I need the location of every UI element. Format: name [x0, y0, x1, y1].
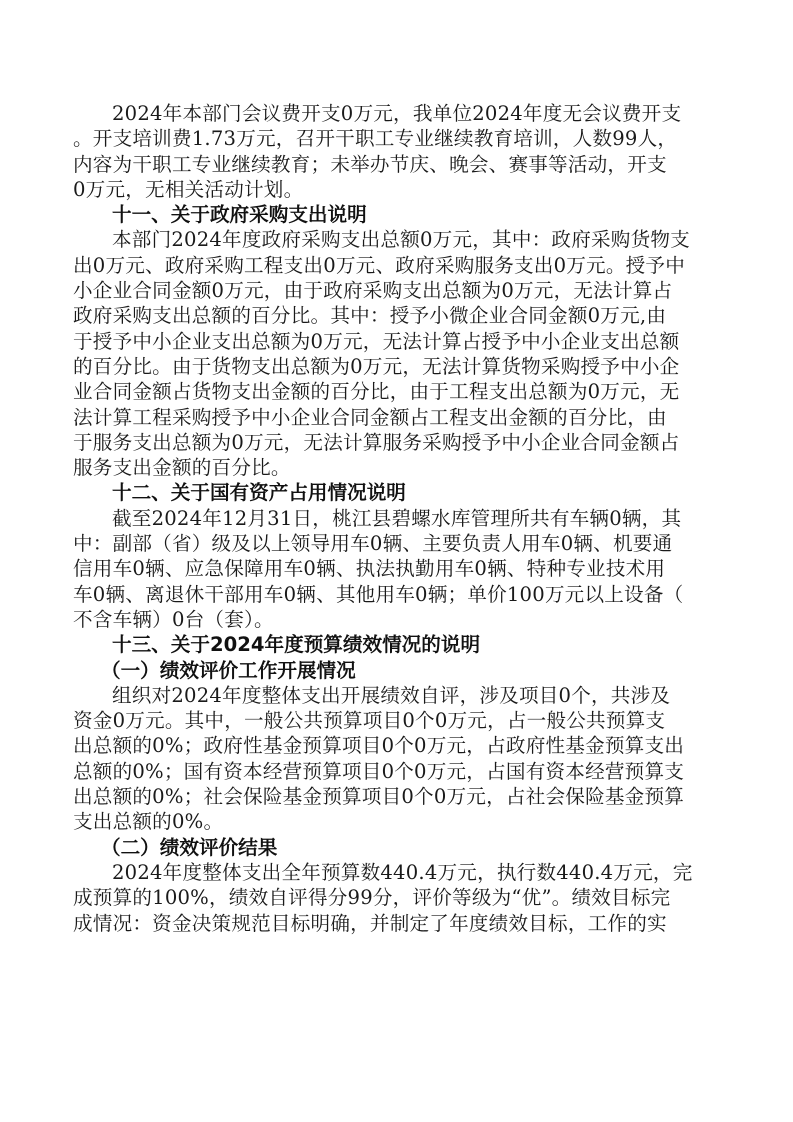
text-line: 资金0万元。其中，一般公共预算项目0个0万元，占一般公共预算支 [73, 708, 718, 733]
subsection-heading-evaluation-work: （一）绩效评价工作开展情况 [73, 658, 718, 683]
text-line: 于服务支出总额为0万元，无法计算服务采购授予中小企业合同金额占 [73, 430, 718, 455]
text-line: 截至2024年12月31日，桃江县碧螺水库管理所共有车辆0辆，其 [73, 506, 718, 531]
text-line: 本部门2024年度政府采购支出总额0万元，其中：政府采购货物支 [73, 227, 718, 252]
text-line: 于授予中小企业支出总额为0万元，无法计算占授予中小企业支出总额 [73, 329, 718, 354]
text-line: 法计算工程采购授予中小企业合同金额占工程支出金额的百分比，由 [73, 405, 718, 430]
text-line: 成情况：资金决策规范目标明确，并制定了年度绩效目标，工作的实 [73, 911, 718, 936]
text-line: 小企业合同金额0万元，由于政府采购支出总额为0万元，无法计算占 [73, 278, 718, 303]
text-line: 总额的0%；国有资本经营预算项目0个0万元，占国有资本经营预算支 [73, 759, 718, 784]
text-line: 。开支培训费1.73万元，召开干职工专业继续教育培训，人数99人， [73, 126, 718, 151]
text-line: 不含车辆）0台（套）。 [73, 607, 718, 632]
paragraph-evaluation-work: 组织对2024年度整体支出开展绩效自评，涉及项目0个，共涉及 资金0万元。其中，… [73, 683, 718, 835]
section-heading-budget-performance: 十三、关于2024年度预算绩效情况的说明 [73, 632, 718, 657]
paragraph-evaluation-results: 2024年度整体支出全年预算数440.4万元，执行数440.4万元，完 成预算的… [73, 860, 718, 936]
section-heading-state-assets: 十二、关于国有资产占用情况说明 [73, 480, 718, 505]
text-line: 2024年度整体支出全年预算数440.4万元，执行数440.4万元，完 [73, 860, 718, 885]
text-line: 内容为干职工专业继续教育；未举办节庆、晚会、赛事等活动，开支 [73, 152, 718, 177]
text-line: 的百分比。由于货物支出总额为0万元，无法计算货物采购授予中小企 [73, 354, 718, 379]
section-heading-government-procurement: 十一、关于政府采购支出说明 [73, 202, 718, 227]
text-line: 0万元，无相关活动计划。 [73, 177, 718, 202]
text-line: 成预算的100%，绩效自评得分99分，评价等级为“优”。绩效目标完 [73, 885, 718, 910]
text-line: 服务支出金额的百分比。 [73, 455, 718, 480]
subsection-heading-evaluation-results: （二）绩效评价结果 [73, 835, 718, 860]
paragraph-meeting-expenses: 2024年本部门会议费开支0万元，我单位2024年度无会议费开支 。开支培训费1… [73, 101, 718, 202]
text-line: 车0辆、离退休干部用车0辆、其他用车0辆；单价100万元以上设备（ [73, 582, 718, 607]
paragraph-state-assets: 截至2024年12月31日，桃江县碧螺水库管理所共有车辆0辆，其 中：副部（省）… [73, 506, 718, 632]
document-page: 2024年本部门会议费开支0万元，我单位2024年度无会议费开支 。开支培训费1… [73, 101, 718, 936]
text-line: 支出总额的0%。 [73, 809, 718, 834]
text-line: 中：副部（省）级及以上领导用车0辆、主要负责人用车0辆、机要通 [73, 531, 718, 556]
text-line: 出总额的0%；社会保险基金预算项目0个0万元，占社会保险基金预算 [73, 784, 718, 809]
text-line: 2024年本部门会议费开支0万元，我单位2024年度无会议费开支 [73, 101, 718, 126]
paragraph-government-procurement: 本部门2024年度政府采购支出总额0万元，其中：政府采购货物支 出0万元、政府采… [73, 227, 718, 480]
text-line: 政府采购支出总额的百分比。其中：授予小微企业合同金额0万元,由 [73, 303, 718, 328]
text-line: 业合同金额占货物支出金额的百分比，由于工程支出总额为0万元，无 [73, 379, 718, 404]
text-line: 出0万元、政府采购工程支出0万元、政府采购服务支出0万元。授予中 [73, 253, 718, 278]
text-line: 信用车0辆、应急保障用车0辆、执法执勤用车0辆、特种专业技术用 [73, 556, 718, 581]
text-line: 出总额的0%；政府性基金预算项目0个0万元，占政府性基金预算支出 [73, 733, 718, 758]
text-line: 组织对2024年度整体支出开展绩效自评，涉及项目0个，共涉及 [73, 683, 718, 708]
